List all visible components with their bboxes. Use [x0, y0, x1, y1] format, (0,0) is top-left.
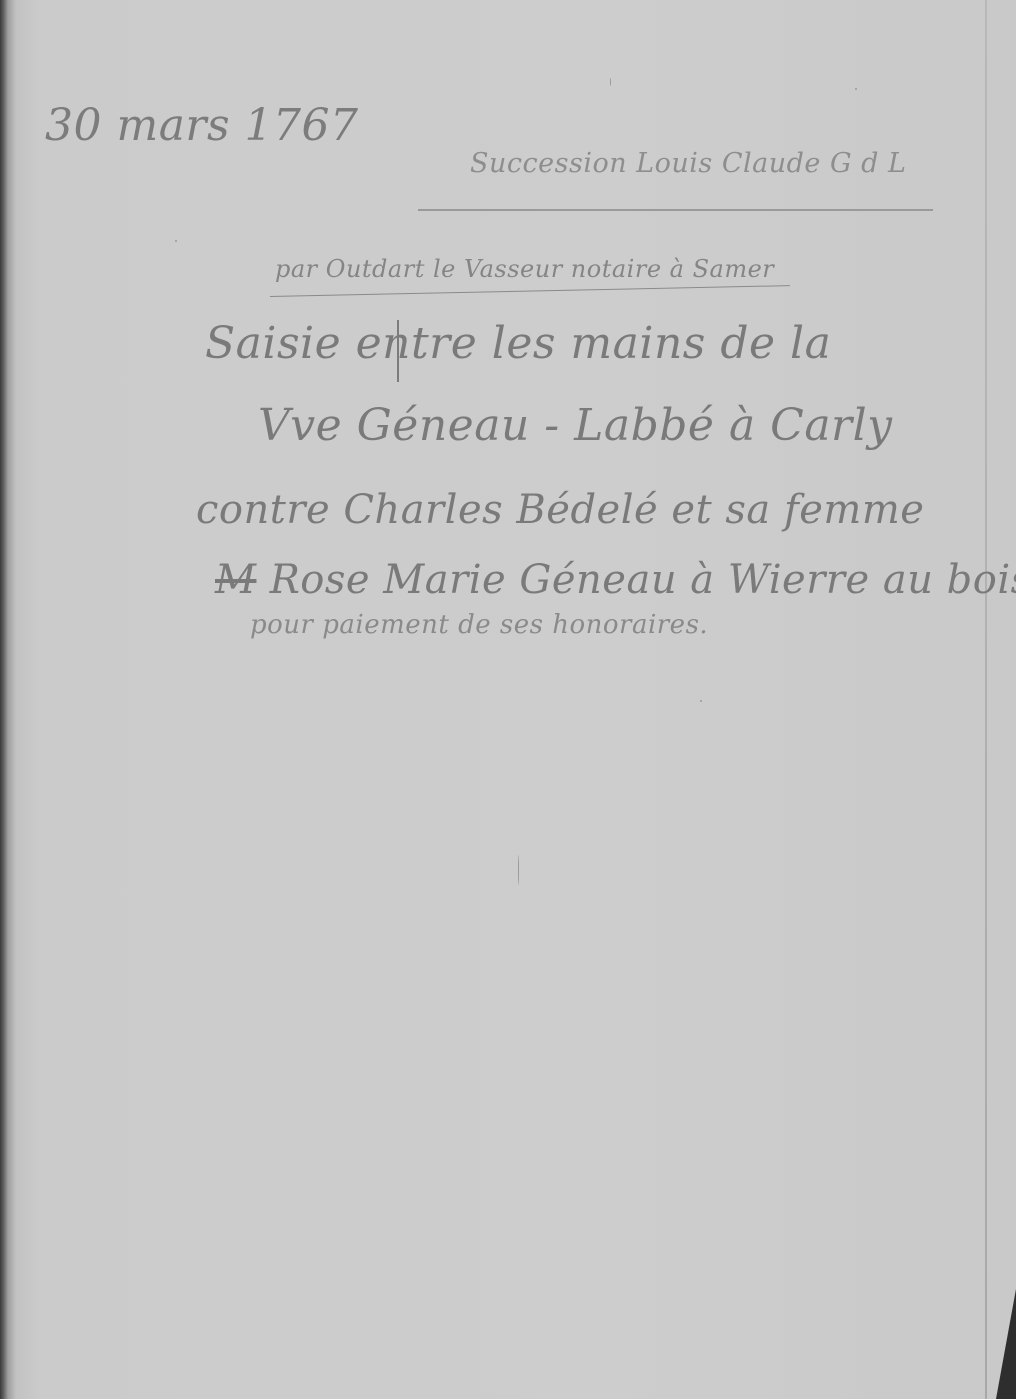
heading-underline — [418, 209, 933, 211]
bracket-mark — [397, 320, 399, 382]
body-line-5: pour paiement de ses honoraires. — [250, 610, 708, 640]
body-line-4-text: Rose Marie Géneau à Wierre au bois — [270, 557, 1016, 603]
page-fold-line — [985, 0, 987, 1399]
body-line-3: contre Charles Bédelé et sa femme — [196, 487, 924, 533]
notary-line: par Outdart le Vasseur notaire à Samer — [275, 255, 774, 283]
body-line-4: M Rose Marie Géneau à Wierre au bois — [215, 557, 1016, 603]
body-line-1: Saisie entre les mains de la — [205, 318, 831, 369]
document-date: 30 mars 1767 — [45, 100, 359, 151]
succession-heading: Succession Louis Claude G d L — [470, 148, 906, 179]
struck-out-mark: M — [215, 557, 256, 603]
body-line-2: Vve Géneau - Labbé à Carly — [258, 400, 893, 451]
